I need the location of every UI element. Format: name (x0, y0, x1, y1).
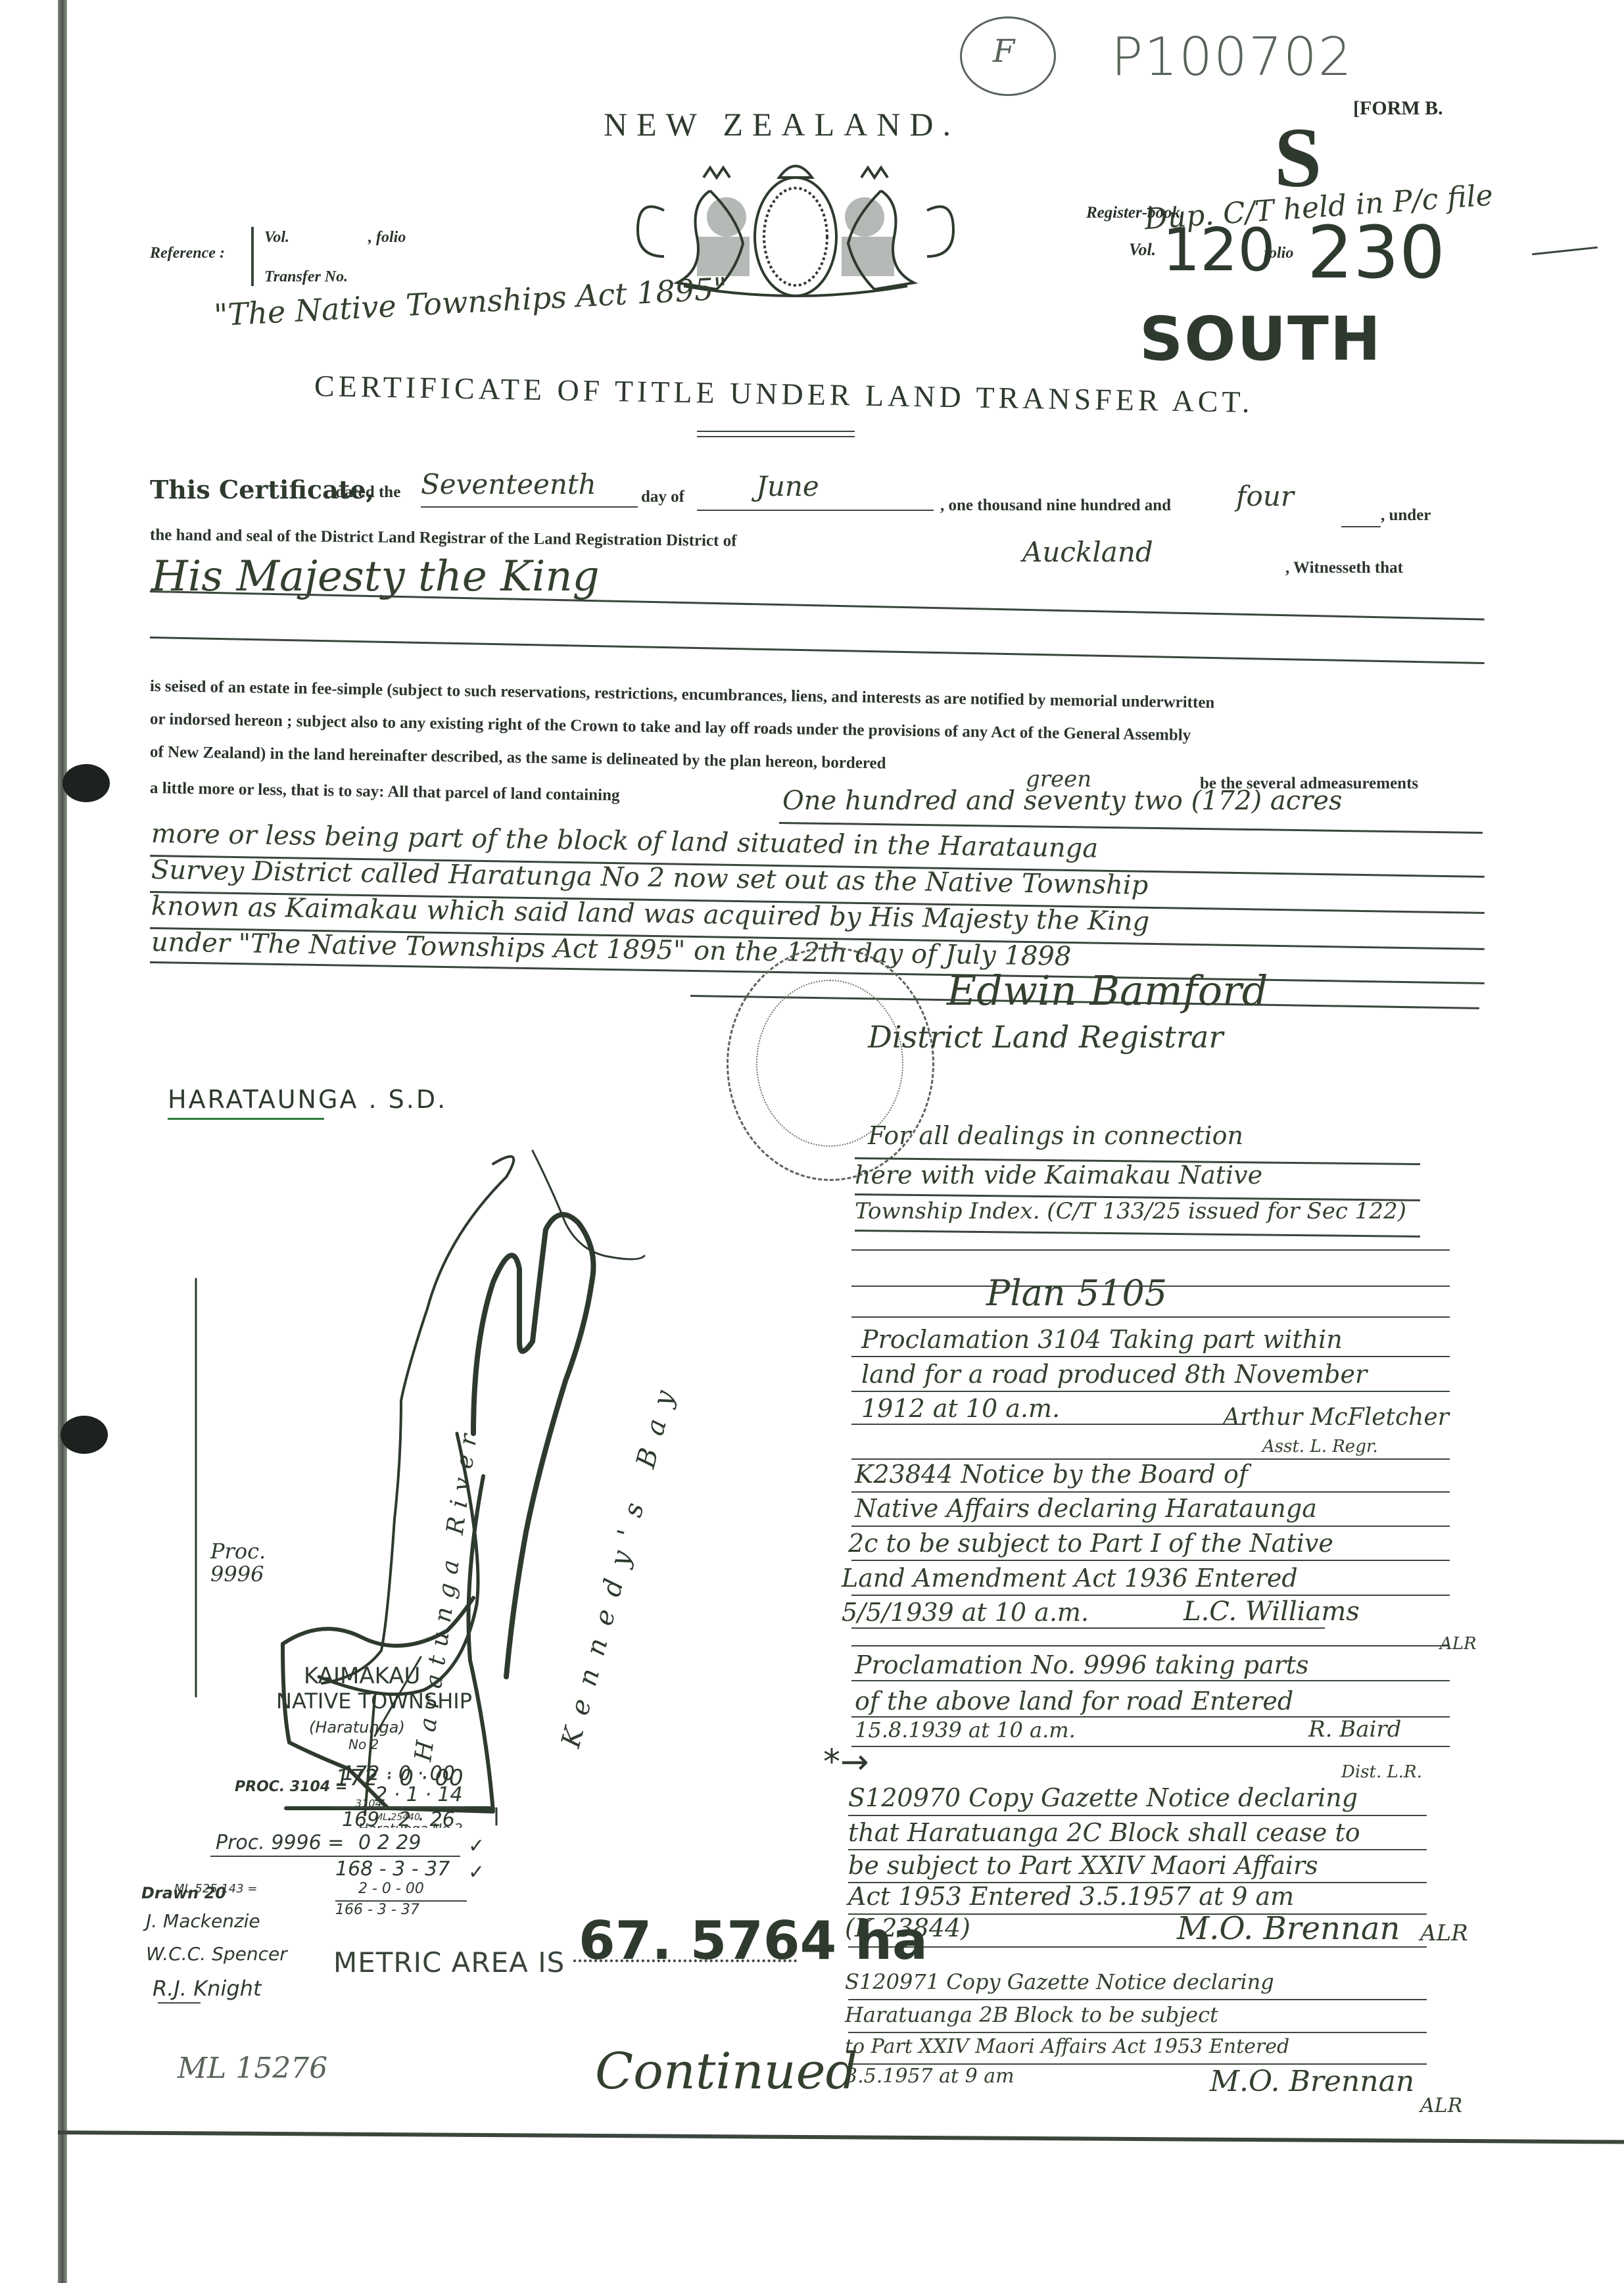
memorial-line: to Part XXIV Maori Affairs Act 1953 Ente… (845, 2035, 1289, 2058)
punch-hole (60, 1416, 108, 1454)
survey-map: Haratunga River Kennedy's Bay Proc. 9996… (158, 1105, 881, 1828)
metric-area-dotted-line (573, 1959, 797, 1962)
memorial-line: land for a road produced 8th November (861, 1360, 1367, 1389)
memorial-line: S120970 Copy Gazette Notice declaring (848, 1783, 1358, 1812)
memorial-line: For all dealings in connection (868, 1121, 1243, 1150)
memorial-rule (848, 1946, 1427, 1948)
memorial-line: Land Amendment Act 1936 Entered (842, 1564, 1298, 1593)
memorial-rule (851, 1391, 1450, 1392)
memorial-signature-title: ALR (1440, 1634, 1477, 1654)
surveyor-name: R.J. Knight (153, 1976, 261, 2001)
memorial-line: Proclamation No. 9996 taking parts (855, 1650, 1309, 1679)
witnesseth-label: , Witnesseth that (1285, 559, 1403, 577)
dated-the-label: dated the (335, 483, 400, 502)
month-value: June (756, 470, 819, 502)
memorial-signature: M.O. Brennan (1177, 1910, 1400, 1947)
under-label: , under (1381, 506, 1431, 525)
district-value: Auckland (1022, 536, 1153, 568)
memorial-line: 3.5.1957 at 9 am (845, 2065, 1015, 2088)
estate-text-line: is seised of an estate in fee-simple (su… (150, 677, 1215, 712)
file-number: P100702 (1111, 26, 1353, 87)
memorial-rule (848, 1849, 1427, 1850)
memorial-rule (848, 2032, 1427, 2033)
calc-value: 172 · 0 · 00 (342, 1762, 455, 1785)
calc-underline (210, 1856, 460, 1857)
page-left-edge (58, 0, 67, 2283)
fill-line (697, 510, 934, 511)
country-title: NEW ZEALAND. (604, 105, 960, 143)
ml-number: ML 15276 (178, 2052, 327, 2085)
day-value: Seventeenth (421, 468, 596, 500)
calc-value: 2 · 1 · 14 (375, 1783, 463, 1806)
memorial-line: Act 1953 Entered 3.5.1957 at 9 am (848, 1882, 1294, 1911)
bay-label: Kennedy's Bay (556, 1374, 684, 1752)
drawing-label: Drawn 20 (141, 1884, 226, 1902)
memorial-rule (851, 1680, 1450, 1681)
memorial-line: here with vide Kaimakau Native (855, 1161, 1262, 1190)
memorial-line: Haratuanga 2B Block to be subject (845, 2002, 1218, 2027)
vol-label: Vol. (1129, 240, 1156, 260)
reference-label: Reference : (150, 245, 225, 262)
memorial-rule (851, 1286, 1450, 1287)
surveyor-name: W.C.C. Spencer (146, 1943, 287, 1965)
estate-text-line: or indorsed hereon ; subject also to any… (150, 710, 1191, 745)
memorial-signature: M.O. Brennan (1210, 2065, 1414, 2098)
punch-hole (62, 764, 110, 802)
memorial-line: Native Affairs declaring Harataunga (855, 1494, 1317, 1523)
title-underline (697, 431, 855, 437)
blank-line (150, 637, 1485, 664)
check-mark-icon: ✓ (468, 1861, 485, 1884)
year-prefix-label: , one thousand nine hundred and (940, 496, 1171, 515)
memorial-signature: R. Baird (1308, 1716, 1401, 1742)
reference-vol-label: Vol. (264, 229, 289, 247)
memorial-line: Plan 5105 (986, 1272, 1167, 1314)
memorial-rule (851, 1249, 1450, 1251)
metric-area-label: METRIC AREA IS (333, 1946, 565, 1979)
calc-value: 168 - 3 - 37 (335, 1858, 450, 1881)
stamp-mark: F (993, 33, 1015, 70)
folio-label: folio (1264, 245, 1293, 262)
memorial-rule (851, 1316, 1450, 1318)
metric-area-value: 67. 5764 ha (579, 1910, 928, 1971)
district-stamp: SOUTH (1139, 304, 1382, 374)
memorial-signature: L.C. Williams (1183, 1597, 1360, 1627)
memorial-rule (851, 1356, 1450, 1357)
day-of-label: day of (641, 488, 684, 506)
vol-value: 120 (1162, 216, 1276, 285)
reference-transfer-label: Transfer No. (264, 268, 348, 286)
proc-label: Proc. (210, 1539, 266, 1564)
memorial-signature-title: Dist. L.R. (1341, 1762, 1422, 1782)
memorial-line: 2c to be subject to Part I of the Native (848, 1529, 1333, 1558)
land-description-line: One hundred and seventy two (172) acres (782, 786, 1342, 816)
memorial-line: of the above land for road Entered (855, 1687, 1293, 1716)
calc-value: 166 - 3 - 37 (335, 1902, 419, 1918)
proprietor-line (150, 590, 1485, 621)
estate-text-line: a little more or less, that is to say: A… (150, 779, 620, 805)
form-label: [FORM B. (1353, 97, 1443, 120)
calc-label: Proc. 9996 = (216, 1831, 344, 1854)
memorial-signature-title: ALR (1420, 1920, 1468, 1946)
reference-brace (251, 227, 254, 286)
memorial-rule (851, 1746, 1450, 1747)
memorial-rule (851, 1424, 1246, 1425)
memorial-rule (851, 1491, 1450, 1493)
memorial-rule (855, 1230, 1420, 1238)
proc-number: 9996 (210, 1562, 264, 1587)
signature-underline (158, 2002, 201, 2004)
registrar-title: District Land Registrar (868, 1019, 1223, 1055)
calc-label: PROC. 3104 = (235, 1779, 347, 1795)
memorial-rule (848, 1999, 1427, 2000)
memorial-signature: Arthur McFletcher (1223, 1404, 1449, 1431)
township-sub: (Haratunga) (309, 1718, 405, 1737)
hand-and-seal-text: the hand and seal of the District Land R… (150, 526, 737, 550)
estate-text-line: of New Zealand) in the land hereinafter … (150, 743, 886, 773)
fill-line (421, 506, 638, 508)
memorial-line: K23844 Notice by the Board of (855, 1460, 1248, 1489)
continued-note: Continued (595, 2042, 857, 2100)
memorial-rule (851, 1645, 1450, 1646)
certificate-title: CERTIFICATE OF TITLE UNDER LAND TRANSFER… (314, 368, 1254, 420)
memorial-line: S120971 Copy Gazette Notice declaring (845, 1969, 1274, 1994)
memorial-rule (851, 1526, 1450, 1527)
memorial-signature-title: Asst. L. Regr. (1262, 1437, 1378, 1456)
memorial-signature-title: ALR (1420, 2094, 1462, 2117)
dash-mark (1532, 247, 1598, 255)
calc-value: 0 2 29 (358, 1831, 421, 1854)
memorial-line: Township Index. (C/T 133/25 issued for S… (855, 1198, 1406, 1224)
calc-value: 169 · 2 · 26 (342, 1808, 455, 1831)
memorial-line: be subject to Part XXIV Maori Affairs (848, 1851, 1318, 1880)
township-name: NATIVE TOWNSHIP (276, 1689, 472, 1714)
fill-line (1341, 526, 1381, 527)
calc-value: 2 - 0 - 00 (358, 1881, 424, 1897)
check-mark-icon: ✓ (468, 1835, 485, 1858)
township-no: No 2 (348, 1737, 379, 1752)
registrar-signature: Edwin Bamford (947, 967, 1268, 1015)
year-value: four (1236, 480, 1294, 512)
memorial-rule (848, 1815, 1427, 1816)
memorial-line: 1912 at 10 a.m. (861, 1394, 1060, 1423)
reference-folio-label: , folio (368, 229, 406, 247)
memorial-rule (851, 1560, 1450, 1561)
memorial-rule (851, 1627, 1325, 1629)
page-bottom-edge (58, 2130, 1624, 2144)
township-name: KAIMAKAU (304, 1663, 420, 1689)
folio-value: 230 (1307, 210, 1445, 295)
memorial-line: that Haratuanga 2C Block shall cease to (848, 1818, 1360, 1847)
memorial-line: Proclamation 3104 Taking part within (861, 1325, 1343, 1354)
memorial-line: 15.8.1939 at 10 a.m. (855, 1718, 1076, 1742)
surveyor-name: J. Mackenzie (146, 1910, 260, 1932)
memorial-rule (851, 1595, 1450, 1596)
